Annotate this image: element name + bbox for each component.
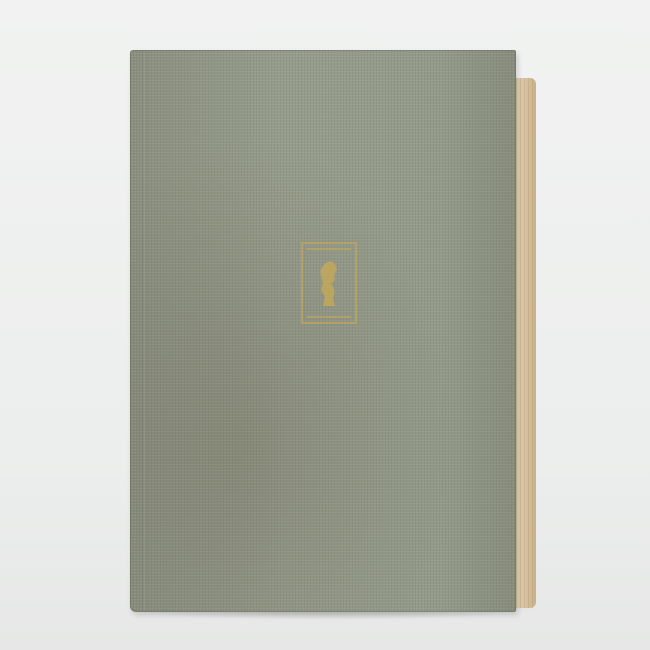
gold-emblem-icon — [299, 240, 359, 326]
book-cover — [130, 50, 516, 612]
book-spine-hinge — [142, 52, 147, 610]
